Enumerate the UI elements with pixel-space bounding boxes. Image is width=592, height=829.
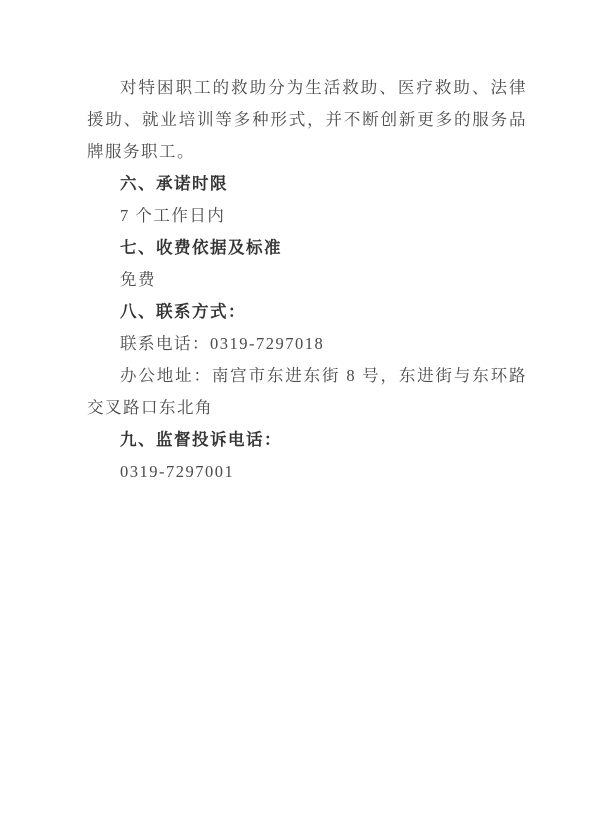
paragraph: 7 个工作日内 xyxy=(87,200,527,232)
section-heading: 八、联系方式： xyxy=(87,296,527,328)
document-content: 对特困职工的救助分为生活救助、医疗救助、法律援助、就业培训等多种形式，并不断创新… xyxy=(87,72,527,488)
paragraph: 0319-7297001 xyxy=(87,456,527,488)
document-page: 对特困职工的救助分为生活救助、医疗救助、法律援助、就业培训等多种形式，并不断创新… xyxy=(0,0,592,829)
paragraph: 联系电话：0319-7297018 xyxy=(87,328,527,360)
paragraph: 免费 xyxy=(87,264,527,296)
section-heading: 九、监督投诉电话： xyxy=(87,424,527,456)
paragraph: 办公地址：南宫市东进东街 8 号，东进街与东环路交叉路口东北角 xyxy=(87,360,527,424)
section-heading: 七、收费依据及标准 xyxy=(87,232,527,264)
paragraph: 对特困职工的救助分为生活救助、医疗救助、法律援助、就业培训等多种形式，并不断创新… xyxy=(87,72,527,168)
section-heading: 六、承诺时限 xyxy=(87,168,527,200)
